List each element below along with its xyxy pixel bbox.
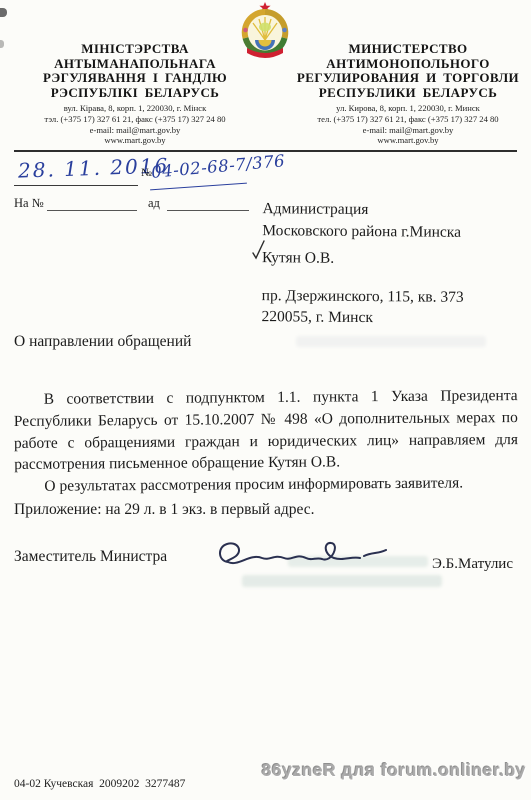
ministry-title-by: МІНІСТЭРСТВА АНТЫМАНАПОЛЬНАГА РЭГУЛЯВАНН… — [20, 42, 250, 100]
letter-body: В соответствии с подпунктом 1.1. пункта … — [14, 385, 519, 498]
ministry-address-by: вул. Кірава, 8, корп. 1, 220030, г. Мінс… — [20, 103, 250, 145]
recipient-org-line: Московского района г.Минска — [262, 220, 464, 243]
signer-position: Заместитель Министра — [14, 548, 167, 566]
recipient-block: Администрация Московского района г.Минск… — [261, 198, 464, 329]
handwritten-signature-icon — [212, 536, 427, 580]
reply-number-blank — [47, 210, 137, 211]
recipient-address-line: 220055, г. Минск — [261, 306, 463, 329]
recipient-org-line: Администрация — [262, 198, 464, 221]
ministry-title-ru: МИНИСТЕРСТВО АНТИМОНОПОЛЬНОГО РЕГУЛИРОВА… — [292, 42, 524, 100]
letterhead-belarusian: МІНІСТЭРСТВА АНТЫМАНАПОЛЬНАГА РЭГУЛЯВАНН… — [20, 42, 250, 146]
scan-artifact — [0, 8, 7, 17]
bleed-through-ghost — [296, 336, 486, 347]
ministry-address-ru: ул. Кирова, 8, корп. 1, 220030, г. Минск… — [292, 103, 524, 145]
reply-date-blank — [167, 210, 249, 211]
scanned-letter-page: МІНІСТЭРСТВА АНТЫМАНАПОЛЬНАГА РЭГУЛЯВАНН… — [0, 0, 531, 800]
scan-artifact — [0, 40, 4, 48]
reply-from-label: ад — [148, 196, 160, 211]
date-underline — [14, 185, 138, 186]
body-paragraph: В соответствии с подпунктом 1.1. пункта … — [14, 385, 519, 476]
reply-to-label: На № — [14, 196, 44, 211]
handwritten-outgoing-number: 04-02-68-7/376 — [150, 151, 285, 182]
attachment-line: Приложение: на 29 л. в 1 экз. в первый а… — [14, 501, 315, 519]
number-underline — [150, 183, 247, 191]
letterhead-russian: МИНИСТЕРСТВО АНТИМОНОПОЛЬНОГО РЕГУЛИРОВА… — [292, 42, 524, 146]
forum-watermark: 86yzneR для forum.onliner.by — [262, 760, 526, 781]
signer-name: Э.Б.Матулис — [432, 556, 513, 573]
recipient-address-line: пр. Дзержинского, 115, кв. 373 — [262, 285, 464, 308]
letterhead-divider — [14, 150, 517, 152]
recipient-person: Кутян О.В. — [262, 247, 464, 270]
subject-line: О направлении обращений — [14, 333, 191, 351]
body-paragraph: О результатах рассмотрения просим информ… — [14, 472, 518, 498]
clerk-reference-line: 04-02 Кучевская 2009202 3277487 — [14, 778, 185, 790]
